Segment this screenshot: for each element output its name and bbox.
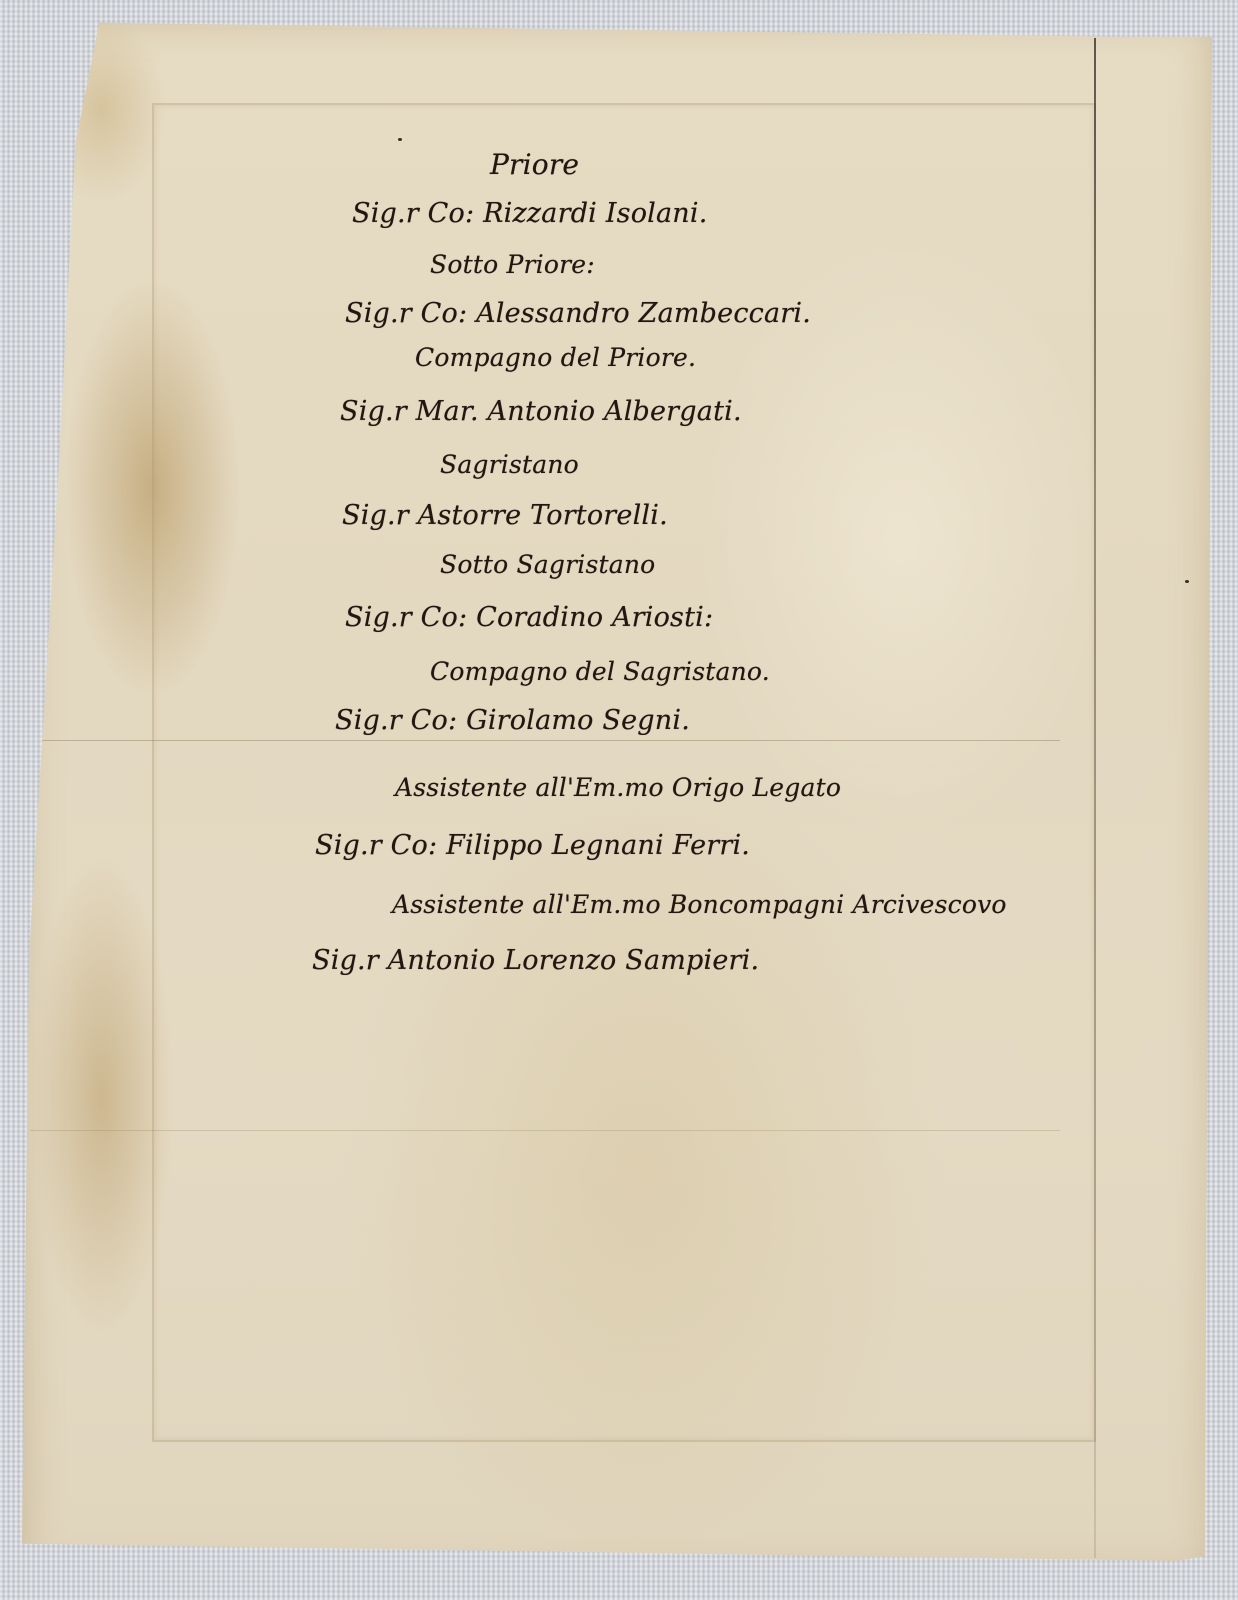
officer-name: Sig.r Mar. Antonio Albergati. <box>340 396 742 427</box>
ink-speck <box>398 138 402 141</box>
officer-name: Sig.r Antonio Lorenzo Sampieri. <box>312 945 759 976</box>
officer-name: Sig.r Co: Girolamo Segni. <box>335 705 690 736</box>
officer-name: Sig.r Astorre Tortorelli. <box>342 500 668 531</box>
role-heading: Compagno del Priore. <box>415 343 696 372</box>
role-heading: Sotto Sagristano <box>440 550 655 579</box>
manuscript-text: Priore Sig.r Co: Rizzardi Isolani. Sotto… <box>0 0 1238 1600</box>
role-heading: Priore <box>490 148 579 181</box>
officer-name: Sig.r Co: Filippo Legnani Ferri. <box>315 830 750 861</box>
ink-speck <box>1185 580 1189 583</box>
officer-name: Sig.r Co: Rizzardi Isolani. <box>352 198 708 229</box>
role-heading: Compagno del Sagristano. <box>430 657 770 686</box>
officer-name: Sig.r Co: Alessandro Zambeccari. <box>345 298 811 329</box>
role-heading: Assistente all'Em.mo Boncompagni Arcives… <box>392 890 1007 919</box>
officer-name: Sig.r Co: Coradino Ariosti: <box>345 602 713 633</box>
role-heading: Sagristano <box>440 450 579 479</box>
role-heading: Assistente all'Em.mo Origo Legato <box>395 773 841 802</box>
role-heading: Sotto Priore: <box>430 250 595 279</box>
